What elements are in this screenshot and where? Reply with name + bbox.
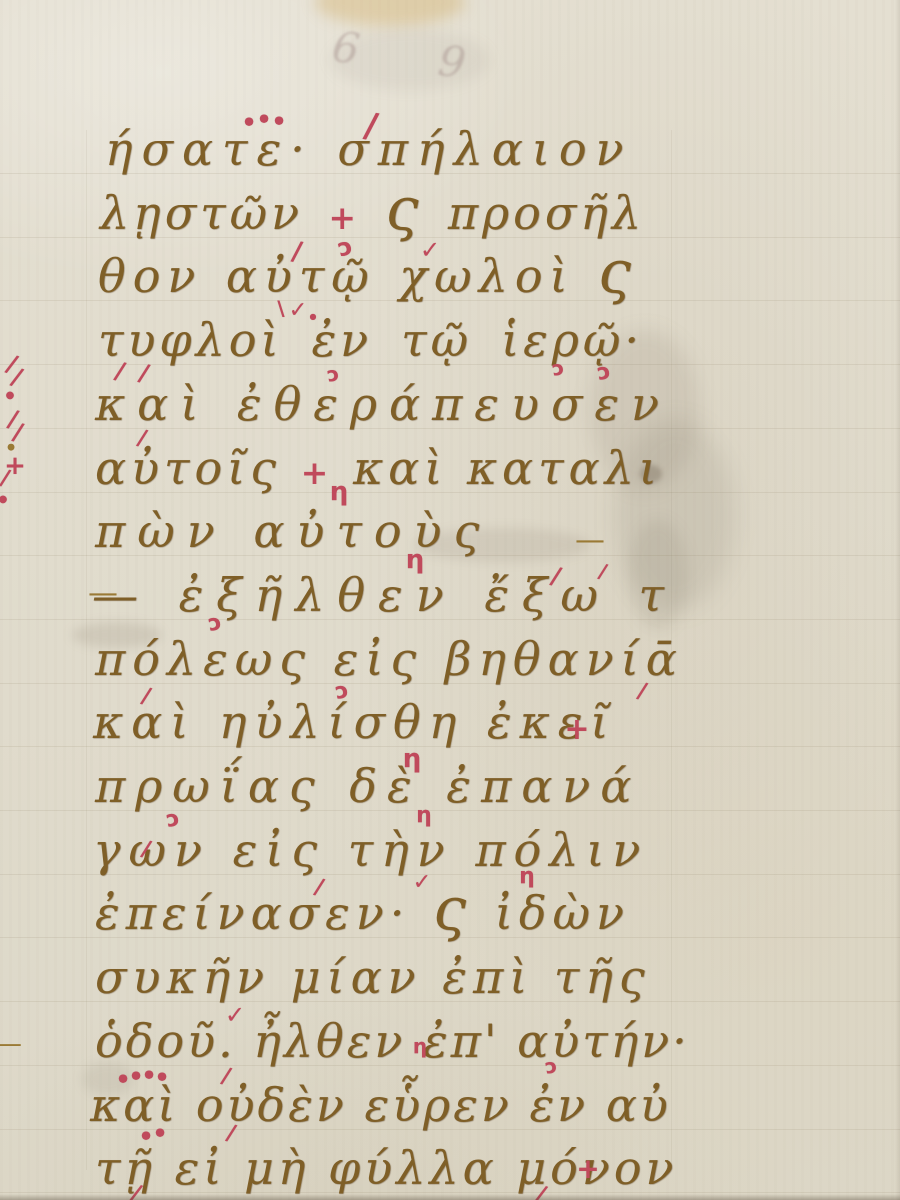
bleedthrough-mark: 6 [329,22,362,74]
greek-text-segment: ἐκεῖ [487,695,617,749]
ekphonetic-mark: ● [118,1073,128,1084]
page-bottom-edge [0,1194,900,1200]
greek-text-segment: τ [638,568,676,622]
greek-text-segment: βηθανίᾱ [445,632,684,686]
text-line: ὁδοῦ. ἦλθεν ἐπ' αὐτήν· [95,1011,645,1075]
text-line: καὶ οὐδὲν εὗρεν ἐν αὐ [90,1075,645,1139]
ekphonetic-mark: + [576,1155,599,1183]
greek-text-segment: ἔξω [484,568,611,622]
ekphonetic-mark: ✓ [413,872,431,894]
greek-text-segment: λῃστῶν [100,186,303,240]
greek-text-segment: προσῆλ [448,186,645,240]
text-line: πὼν αὐτοὺς [95,501,435,565]
greek-text-segment: ἰδὼν [495,886,630,940]
ekphonetic-mark: ● [259,113,269,124]
greek-text-segment: πρωΐας [95,759,325,813]
ekphonetic-mark: ✓ [420,238,440,262]
margin-dash: — [0,1031,22,1057]
greek-text-segment: τὴν [348,823,453,877]
page-right-edge [895,0,900,1200]
greek-text-segment: εἰς [233,823,325,877]
ekphonetic-mark: ● [6,391,15,401]
text-line: τῇ εἰ μὴ φύλλα μόνον [95,1138,555,1200]
ekphonetic-mark: η [330,479,349,505]
ekphonetic-mark: η [416,805,432,827]
greek-text-segment: ἐπανά [446,759,641,813]
greek-text-segment: ὁδοῦ. [95,1014,236,1068]
greek-text-segment: ήσατε· [105,122,314,176]
greek-text-segment: αὐτοῖς [95,441,281,495]
ekphonetic-mark: η [413,1036,427,1056]
greek-text-segment: ἐξῆλθεν [179,568,457,622]
greek-text-segment: ἐν [530,1078,589,1132]
greek-text-segment: ἐπὶ [442,950,533,1004]
ekphonetic-mark: ● [131,1070,141,1081]
greek-text-segment: τῷ [401,313,472,367]
greek-text-segment: εἰς [334,632,423,686]
ekphonetic-mark: ● [310,313,317,321]
ekphonetic-mark: ● [0,495,7,505]
text-line: καὶ ἐθεράπευσεν [95,374,640,438]
greek-text-segment: τῆς [554,950,651,1004]
manuscript-page: ήσατε· σπήλαιονλῃστῶν + ς προσῆλθον αὐτῷ… [0,0,900,1200]
ekphonetic-mark: η [403,746,422,772]
greek-text-segment: πόλιν [475,823,648,877]
ekphonetic-mark: ● [157,1071,167,1082]
ekphonetic-mark: η [406,547,425,573]
ekphonetic-mark: η [519,866,535,888]
greek-text-segment: πόλεως [95,632,312,686]
text-line: καὶ ηὐλίσθη ἐκεῖ [93,692,533,756]
greek-text-segment: καὶ [353,441,447,495]
text-line: ἐπείνασεν· ς ἰδὼν [95,883,630,947]
text-line: αὐτοῖς + καὶ καταλι [95,438,640,502]
text-line: πόλεως εἰς βηθανίᾱ [95,629,645,693]
margin-dash: — [575,526,605,556]
greek-text-segment: ἦλθεν [253,1014,405,1068]
kai-compendium: ς [433,874,472,943]
ekphonetic-mark: ✓ [289,300,307,322]
ekphonetic-mark: ✓ [225,1003,245,1027]
ruling-line-vertical [86,130,87,1170]
greek-text-segment: ἱερῷ· [501,313,643,367]
greek-text-segment: θον [98,249,202,303]
ekphonetic-mark: ● [155,1127,165,1138]
kai-compendium: ς [598,237,638,306]
greek-text-segment: τῇ [95,1141,156,1195]
greek-text-segment: αὐ [606,1078,671,1132]
greek-text-segment: ἐν [312,313,373,367]
greek-text-segment: ἐπείνασεν· [95,886,410,940]
text-line: θον αὐτῷ χωλοὶ ς [98,246,638,310]
rubric-cross: + [328,198,360,237]
ekphonetic-mark: + [564,715,589,745]
greek-text-segment: ἐθεράπευσεν [237,377,671,431]
greek-text-segment: συκῆν [95,950,270,1004]
ekphonetic-mark: ● [274,115,284,126]
greek-text-segment: μὴ [244,1141,309,1195]
greek-text-segment: καταλι [467,441,662,495]
ekphonetic-mark: ● [144,1069,154,1080]
greek-text-segment: μίαν [291,950,422,1004]
greek-text-segment: φύλλα [328,1141,498,1195]
margin-dash: — [88,579,118,609]
greek-text-segment: εὗρεν [365,1078,512,1132]
text-line: λῃστῶν + ς προσῆλ [100,183,645,247]
greek-text-segment: αὐτοὺς [253,504,491,558]
rubric-cross: + [301,453,334,492]
kai-compendium: ς [386,174,423,243]
ekphonetic-mark: ● [141,1130,151,1141]
text-line: συκῆν μίαν ἐπὶ τῆς [95,947,640,1011]
greek-text-segment: εἰ [175,1141,226,1195]
greek-text-segment: καὶ [90,1078,178,1132]
bleedthrough-mark: 9 [435,36,468,88]
greek-text-segment: πὼν [95,504,227,558]
ekphonetic-mark: ∖ [274,299,288,319]
greek-text-segment: γων [93,823,210,877]
ekphonetic-mark: ● [244,116,254,127]
greek-text-segment: καὶ [95,377,210,431]
greek-text-segment: σπήλαιον [337,122,632,176]
greek-text-segment: ἐπ' [423,1014,500,1068]
